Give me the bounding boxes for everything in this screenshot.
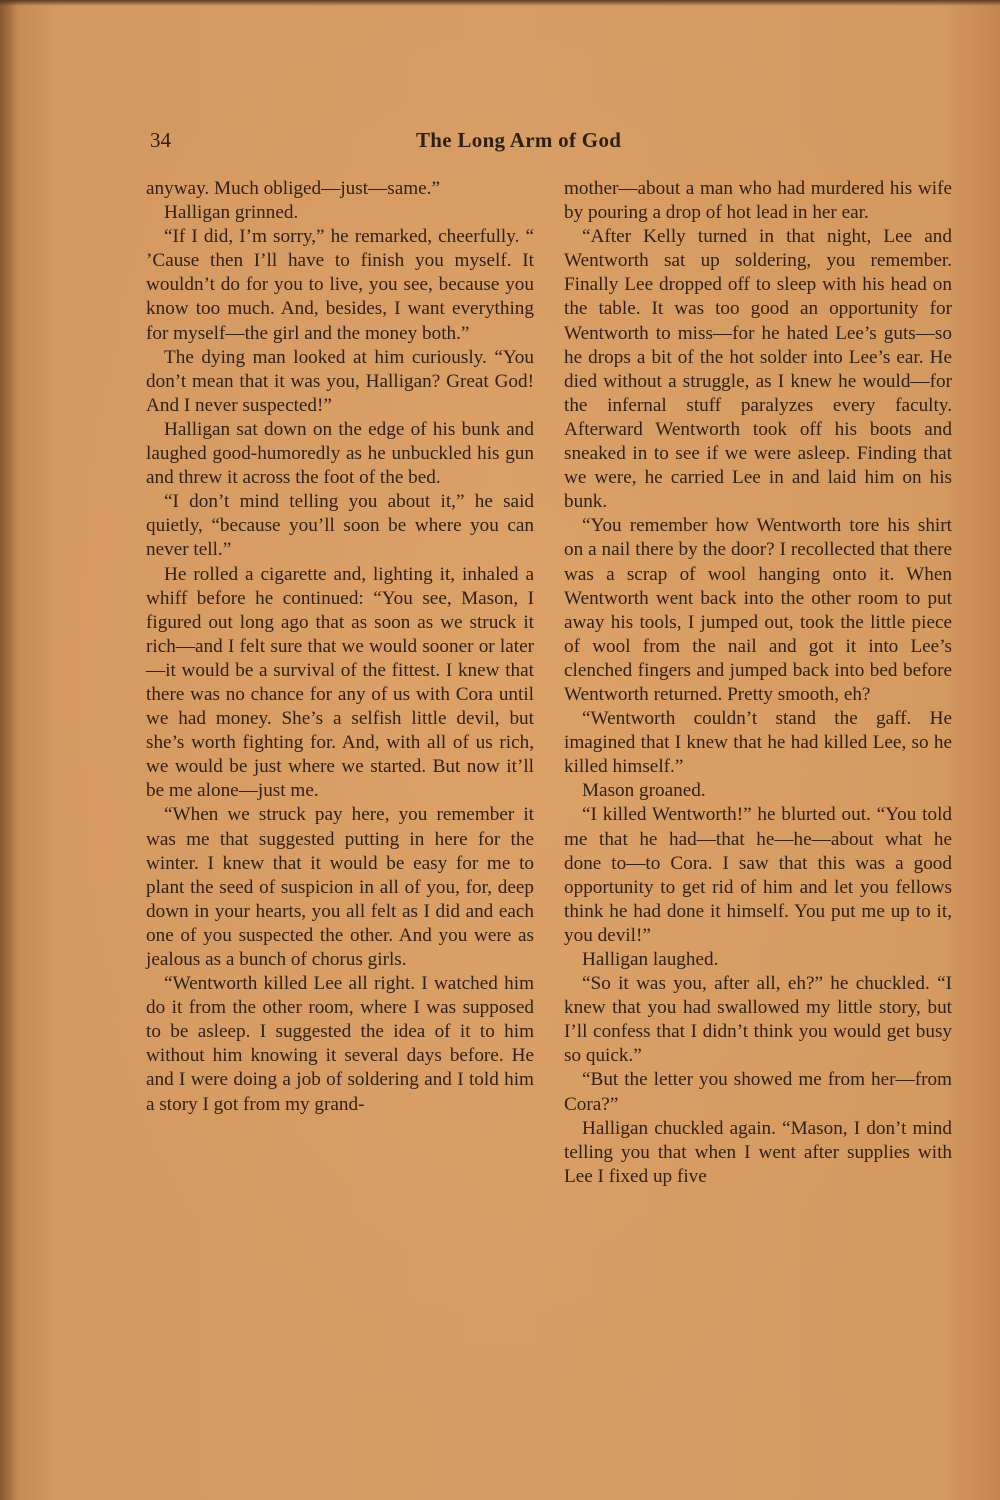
page-header: 34 The Long Arm of God [150, 128, 950, 158]
paragraph: Halligan sat down on the edge of his bun… [146, 418, 534, 490]
paragraph: Halligan grinned. [146, 201, 534, 225]
paragraph: Halligan chuckled again. “Mason, I don’t… [564, 1117, 952, 1189]
paragraph: “I killed Wentworth!” he blurted out. “Y… [564, 803, 952, 948]
paragraph: Halligan laughed. [564, 948, 952, 972]
paragraph: “So it was you, after all, eh?” he chuck… [564, 972, 952, 1068]
paragraph: He rolled a cigarette and, lighting it, … [146, 563, 534, 804]
book-page: 34 The Long Arm of God anyway. Much obli… [0, 0, 1000, 1500]
running-title: The Long Arm of God [416, 128, 621, 153]
paragraph: “Wentworth killed Lee all right. I watch… [146, 972, 534, 1117]
paragraph: “You remember how Wentworth tore his shi… [564, 514, 952, 707]
page-number: 34 [150, 128, 171, 153]
left-column: anyway. Much obliged—just—same.” Halliga… [146, 177, 534, 1117]
paragraph: “If I did, I’m sorry,” he remarked, chee… [146, 225, 534, 345]
paragraph: The dying man looked at him curiously. “… [146, 346, 534, 418]
paragraph: “When we struck pay here, you remember i… [146, 803, 534, 972]
paragraph: “I don’t mind telling you about it,” he … [146, 490, 534, 562]
paragraph: Mason groaned. [564, 779, 952, 803]
paragraph: “Wentworth couldn’t stand the gaff. He i… [564, 707, 952, 779]
paragraph: “But the letter you showed me from her—f… [564, 1068, 952, 1116]
paragraph: anyway. Much obliged—just—same.” [146, 177, 534, 201]
paragraph: “After Kelly turned in that night, Lee a… [564, 225, 952, 514]
paragraph: mother—about a man who had murdered his … [564, 177, 952, 225]
right-column: mother—about a man who had murdered his … [564, 177, 952, 1189]
